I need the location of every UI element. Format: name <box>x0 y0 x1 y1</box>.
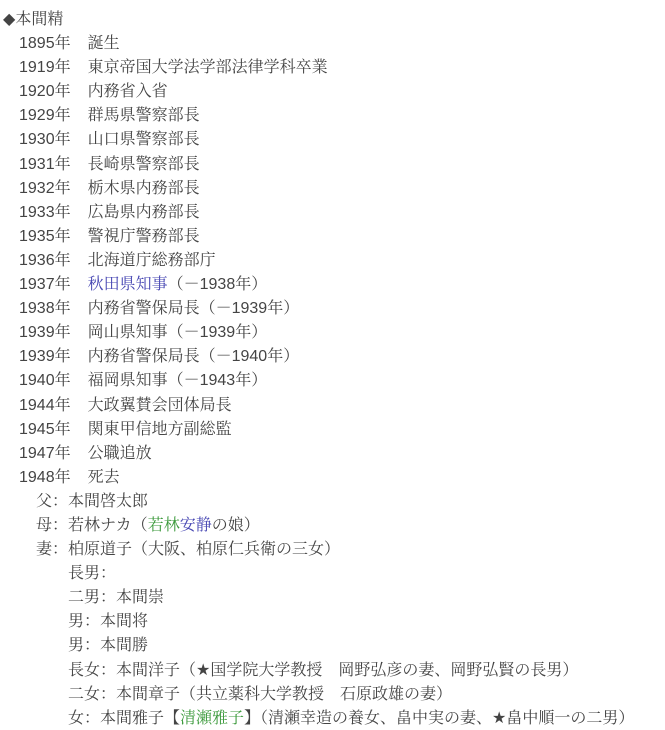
text-segment: 二女：本間章子（共立薬科大学教授 石原政雄の妻） <box>68 686 452 703</box>
text-segment: 岡山県知事（－1939年） <box>88 324 268 341</box>
timeline-year: 1932年 <box>19 177 71 201</box>
timeline-year: 1945年 <box>19 418 71 442</box>
timeline-year: 1935年 <box>19 225 71 249</box>
timeline-entry: 1937年秋田県知事（－1938年） <box>0 273 665 297</box>
text-segment: 長男： <box>68 565 116 582</box>
text-segment: 死去 <box>88 469 120 486</box>
text-segment: 公職追放 <box>88 445 152 462</box>
timeline-year: 1931年 <box>19 153 71 177</box>
text-segment: 大政翼賛会団体局長 <box>88 397 232 414</box>
timeline-description: 長崎県警察部長 <box>88 156 200 173</box>
timeline-description: 福岡県知事（－1943年） <box>88 372 268 389</box>
timeline-entry: 1939年内務省警保局長（－1940年） <box>0 345 665 369</box>
timeline-entry: 1944年大政翼賛会団体局長 <box>0 394 665 418</box>
family-child-entry: 長男： <box>0 562 665 586</box>
family-section: 父：本間啓太郎母：若林ナカ（若林安静の娘）妻：柏原道子（大阪、柏原仁兵衛の三女）… <box>0 490 665 730</box>
text-segment: 母：若林ナカ（ <box>36 517 148 534</box>
family-child-entry: 二男：本間崇 <box>0 586 665 610</box>
family-child-entry: 男：本間勝 <box>0 634 665 658</box>
timeline-entry: 1945年関東甲信地方副総監 <box>0 418 665 442</box>
text-segment: 内務省入省 <box>88 83 168 100</box>
text-segment: 長崎県警察部長 <box>88 156 200 173</box>
timeline-year: 1919年 <box>19 56 71 80</box>
timeline-entry: 1933年広島県内務部長 <box>0 201 665 225</box>
timeline-entry: 1940年福岡県知事（－1943年） <box>0 369 665 393</box>
timeline-description: 内務省警保局長（－1939年） <box>88 300 300 317</box>
text-segment: 福岡県知事（－1943年） <box>88 372 268 389</box>
timeline-description: 大政翼賛会団体局長 <box>88 397 232 414</box>
timeline-entry: 1936年北海道庁総務部庁 <box>0 249 665 273</box>
family-child-entry: 男：本間将 <box>0 610 665 634</box>
timeline-entry: 1948年死去 <box>0 466 665 490</box>
timeline-year: 1933年 <box>19 201 71 225</box>
name-link-blue[interactable]: 秋田県知事 <box>88 276 168 293</box>
name-link-green[interactable]: 清瀬雅子 <box>180 710 244 727</box>
timeline-description: 死去 <box>88 469 120 486</box>
timeline-entry: 1947年公職追放 <box>0 442 665 466</box>
text-segment: 内務省警保局長（－1939年） <box>88 300 300 317</box>
text-segment: 関東甲信地方副総監 <box>88 421 232 438</box>
name-link-blue[interactable]: 安静 <box>180 517 212 534</box>
timeline-year: 1930年 <box>19 128 71 152</box>
text-segment: 二男：本間崇 <box>68 589 164 606</box>
timeline-entry: 1930年山口県警察部長 <box>0 128 665 152</box>
timeline-description: 公職追放 <box>88 445 152 462</box>
text-segment: の娘） <box>212 517 260 534</box>
timeline-entry: 1938年内務省警保局長（－1939年） <box>0 297 665 321</box>
diamond-bullet-icon: ◆ <box>3 11 15 28</box>
text-segment: 妻：柏原道子（大阪、柏原仁兵衛の三女） <box>36 541 340 558</box>
timeline-entry: 1939年岡山県知事（－1939年） <box>0 321 665 345</box>
timeline-description: 内務省警保局長（－1940年） <box>88 348 300 365</box>
text-segment: 父：本間啓太郎 <box>36 493 148 510</box>
timeline-entry: 1919年東京帝国大学法学部法律学科卒業 <box>0 56 665 80</box>
text-segment: 群馬県警察部長 <box>88 107 200 124</box>
text-segment: 広島県内務部長 <box>88 204 200 221</box>
text-segment: 東京帝国大学法学部法律学科卒業 <box>88 59 328 76</box>
timeline-year: 1937年 <box>19 273 71 297</box>
text-segment: 長女：本間洋子（★国学院大学教授 岡野弘彦の妻、岡野弘賢の長男） <box>68 662 578 679</box>
timeline-entry: 1935年警視庁警務部長 <box>0 225 665 249</box>
text-segment: 】（清瀬幸造の養女、畠中実の妻、★畠中順一の二男） <box>244 710 634 727</box>
timeline-description: 誕生 <box>88 35 120 52</box>
timeline-year: 1939年 <box>19 345 71 369</box>
person-name: 本間精 <box>15 11 63 28</box>
person-heading: ◆本間精 <box>0 8 665 32</box>
biography-document: ◆本間精 1895年誕生1919年東京帝国大学法学部法律学科卒業1920年内務省… <box>0 0 665 730</box>
timeline-year: 1944年 <box>19 394 71 418</box>
timeline-description: 岡山県知事（－1939年） <box>88 324 268 341</box>
timeline-year: 1940年 <box>19 369 71 393</box>
timeline-year: 1938年 <box>19 297 71 321</box>
timeline-description: 警視庁警務部長 <box>88 228 200 245</box>
timeline-description: 東京帝国大学法学部法律学科卒業 <box>88 59 328 76</box>
timeline-description: 北海道庁総務部庁 <box>88 252 216 269</box>
text-segment: 男：本間勝 <box>68 637 148 654</box>
timeline-entry: 1895年誕生 <box>0 32 665 56</box>
timeline-year: 1939年 <box>19 321 71 345</box>
timeline-description: 群馬県警察部長 <box>88 107 200 124</box>
text-segment: 女：本間雅子【 <box>68 710 180 727</box>
name-link-green[interactable]: 若林 <box>148 517 180 534</box>
timeline-year: 1936年 <box>19 249 71 273</box>
family-child-entry: 女：本間雅子【清瀬雅子】（清瀬幸造の養女、畠中実の妻、★畠中順一の二男） <box>0 707 665 730</box>
timeline-description: 秋田県知事（－1938年） <box>88 276 268 293</box>
text-segment: 内務省警保局長（－1940年） <box>88 348 300 365</box>
text-segment: 北海道庁総務部庁 <box>88 252 216 269</box>
text-segment: 誕生 <box>88 35 120 52</box>
family-child-entry: 二女：本間章子（共立薬科大学教授 石原政雄の妻） <box>0 683 665 707</box>
family-parent-entry: 父：本間啓太郎 <box>0 490 665 514</box>
timeline-entry: 1931年長崎県警察部長 <box>0 153 665 177</box>
family-parent-entry: 妻：柏原道子（大阪、柏原仁兵衛の三女） <box>0 538 665 562</box>
timeline-section: 1895年誕生1919年東京帝国大学法学部法律学科卒業1920年内務省入省192… <box>0 32 665 490</box>
text-segment: 男：本間将 <box>68 613 148 630</box>
timeline-entry: 1920年内務省入省 <box>0 80 665 104</box>
family-parent-entry: 母：若林ナカ（若林安静の娘） <box>0 514 665 538</box>
timeline-year: 1947年 <box>19 442 71 466</box>
timeline-year: 1920年 <box>19 80 71 104</box>
text-segment: 栃木県内務部長 <box>88 180 200 197</box>
timeline-entry: 1932年栃木県内務部長 <box>0 177 665 201</box>
timeline-description: 広島県内務部長 <box>88 204 200 221</box>
text-segment: （－1938年） <box>168 276 268 293</box>
timeline-description: 内務省入省 <box>88 83 168 100</box>
family-child-entry: 長女：本間洋子（★国学院大学教授 岡野弘彦の妻、岡野弘賢の長男） <box>0 659 665 683</box>
text-segment: 山口県警察部長 <box>88 131 200 148</box>
timeline-description: 山口県警察部長 <box>88 131 200 148</box>
text-segment: 警視庁警務部長 <box>88 228 200 245</box>
timeline-entry: 1929年群馬県警察部長 <box>0 104 665 128</box>
timeline-year: 1948年 <box>19 466 71 490</box>
timeline-year: 1895年 <box>19 32 71 56</box>
timeline-year: 1929年 <box>19 104 71 128</box>
timeline-description: 関東甲信地方副総監 <box>88 421 232 438</box>
timeline-description: 栃木県内務部長 <box>88 180 200 197</box>
